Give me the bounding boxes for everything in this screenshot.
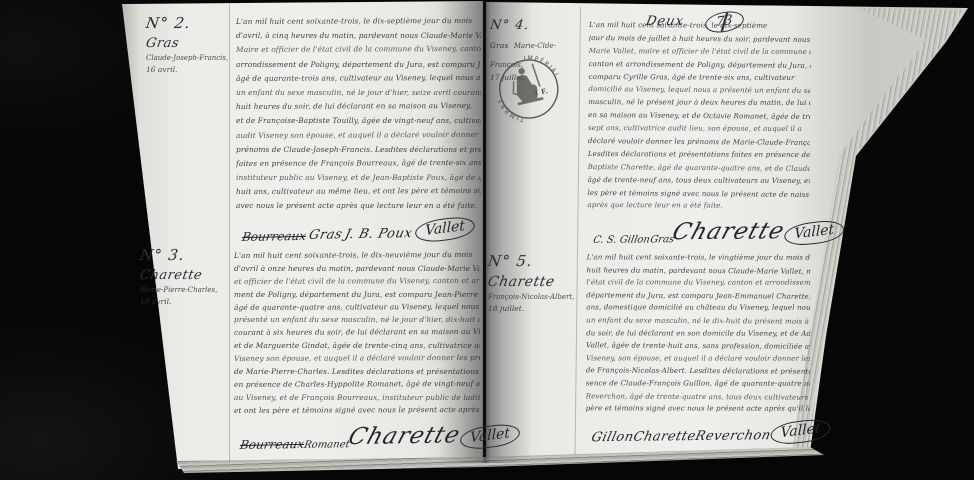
entry-date: 18 juillet. bbox=[488, 304, 578, 313]
entry-date: 16 avril. bbox=[146, 65, 232, 74]
manuscript-line: au Viseney, et de François Bourreaux, in… bbox=[234, 392, 480, 405]
manuscript-line: père et témoins signé avec nous le prése… bbox=[586, 402, 810, 415]
signature: Bourreaux bbox=[239, 436, 305, 451]
manuscript-line: âgé de quarante-trois ans, cultivateur a… bbox=[236, 71, 481, 86]
signature: C. S. Gillon bbox=[592, 235, 651, 247]
margin-entry-n3: N° 3. Charette Marie-Pierre-Charles, 18 … bbox=[140, 246, 232, 306]
manuscript-line: sence de Claude-François Guillon, âgé de… bbox=[586, 377, 810, 390]
manuscript-line: avec nous le présent acte après que lect… bbox=[236, 199, 481, 213]
signature: Gras bbox=[307, 227, 344, 243]
act-text: L'an mil huit cent soixante-trois, le di… bbox=[236, 15, 481, 214]
manuscript-line: âgé de quarante-quatre ans, cultivateur … bbox=[234, 300, 480, 314]
manuscript-line: et de Françoise-Baptiste Touilly, âgée d… bbox=[236, 114, 481, 128]
manuscript-line: ment de Poligny, département du Jura, es… bbox=[234, 289, 480, 302]
manuscript-line: après que lecture leur en a été faite. bbox=[587, 199, 809, 213]
manuscript-line: et officier de l'état civil de la commun… bbox=[234, 275, 480, 289]
manuscript-line: prénoms de Claude-Joseph-Francis. Lesdit… bbox=[236, 143, 481, 157]
manuscript-line: L'an mil huit cent soixante-trois, le di… bbox=[236, 14, 481, 29]
entry-surname: Gras bbox=[145, 36, 234, 51]
signature: J. B. Poux bbox=[343, 226, 414, 242]
manuscript-line: en présence de Charles-Hyppolite Romanet… bbox=[234, 378, 480, 392]
manuscript-line: et ont les père et témoins signé avec no… bbox=[234, 404, 480, 418]
signature: Charette bbox=[345, 422, 464, 450]
manuscript-line: de Marie-Pierre-Charles. Lesdites déclar… bbox=[234, 366, 480, 379]
signature-row: BourreauxGrasJ. B. PouxVallet bbox=[236, 217, 481, 243]
margin-entry-n5: N° 5. Charette François-Nicolas-Albert, … bbox=[488, 252, 578, 313]
manuscript-line: comparu Cyrille Gras, âgé de trente-six … bbox=[588, 71, 810, 85]
signature-row: C. S. GillonGrasCharetteVallet bbox=[587, 218, 809, 246]
manuscript-line: Vallet, âgée de trente-huit ans, sans pr… bbox=[586, 339, 810, 353]
act-text: L'an mil huit cent soixante-trois, le di… bbox=[234, 250, 480, 418]
manuscript-line: âgé de trente-neuf ans, tous deux cultiv… bbox=[588, 174, 810, 188]
act-text: L'an mil huit cent soixante-trois, le di… bbox=[587, 19, 811, 214]
signature: Gillon bbox=[590, 429, 636, 445]
manuscript-line: sept ans, cultivatrice audit lieu, son é… bbox=[588, 122, 810, 136]
entry-surname: Charette bbox=[487, 274, 580, 290]
manuscript-line: du soir, de lui déclarant en son domicil… bbox=[586, 327, 810, 340]
manuscript-line: arrondissement de Poligny, département d… bbox=[236, 58, 481, 72]
margin-entry-n2: N° 2. Gras Claude-Joseph-Francis, 16 avr… bbox=[146, 14, 232, 74]
act-n2-birth-record: L'an mil huit cent soixante-trois, le di… bbox=[236, 15, 481, 242]
manuscript-line: masculin, né le présent jour à deux heur… bbox=[588, 96, 810, 110]
manuscript-line: un enfant du sexe masculin, né le jour d… bbox=[236, 86, 481, 100]
act-text: L'an mil huit cent soixante-trois, le vi… bbox=[586, 251, 811, 416]
entry-surname: Charette bbox=[139, 268, 234, 283]
act-n5-birth-record: L'an mil huit cent soixante-trois, le vi… bbox=[585, 251, 810, 444]
manuscript-line: Maire et officier de l'état civil de la … bbox=[236, 42, 481, 57]
manuscript-line: huit ans, cultivateur au même lieu, et o… bbox=[236, 184, 481, 199]
manuscript-line: d'avril à onze heures du matin, pardevan… bbox=[234, 263, 480, 276]
entry-number: N° 5. bbox=[487, 252, 580, 270]
manuscript-line: courant à six heures du soir, de lui déc… bbox=[234, 326, 480, 340]
entry-number: N° 4. bbox=[489, 18, 579, 33]
manuscript-line: L'an mil huit cent soixante-trois, le di… bbox=[589, 19, 811, 33]
signature: Reverchon bbox=[694, 428, 773, 444]
manuscript-line: L'an mil huit cent soixante-trois, le vi… bbox=[587, 251, 811, 264]
act-n3-birth-record: L'an mil huit cent soixante-trois, le di… bbox=[234, 250, 480, 450]
signature: Charette bbox=[632, 429, 698, 445]
manuscript-line: Viseney, son épouse, et auquel il a décl… bbox=[586, 352, 810, 365]
signature-row: BourreauxRomanetCharetteVallet bbox=[234, 421, 480, 451]
registry-book-scan: N° 2. Gras Claude-Joseph-Francis, 16 avr… bbox=[0, 0, 974, 480]
manuscript-line: huit heures du soir, de lui déclarant en… bbox=[236, 99, 481, 114]
stamp-value: 1 F. bbox=[533, 86, 549, 98]
entry-date: 18 avril. bbox=[140, 297, 232, 306]
entry-given-names: Claude-Joseph-Francis, bbox=[146, 54, 232, 63]
manuscript-line: faites en présence de François Bourreaux… bbox=[236, 156, 481, 171]
signature: Romanet bbox=[303, 439, 351, 451]
entry-given-names: François-Nicolas-Albert, bbox=[488, 293, 578, 302]
signature-row: GillonCharetteReverchonVallet bbox=[585, 420, 809, 445]
entry-number: N° 3. bbox=[139, 246, 234, 264]
stamp-figure-icon bbox=[508, 63, 544, 106]
entry-number: N° 2. bbox=[145, 14, 234, 32]
manuscript-line: Marie Vallet, maire et officier de l'éta… bbox=[589, 45, 811, 59]
signature: Vallet bbox=[415, 214, 475, 244]
manuscript-line: Viseney son épouse, et auquel il a décla… bbox=[234, 352, 480, 366]
signature: Bourreaux bbox=[241, 229, 307, 244]
signature: Charette bbox=[669, 219, 788, 246]
manuscript-line: Lesdites déclarations et présentations f… bbox=[588, 148, 810, 162]
manuscript-line: l'état civil de la commune du Viseney, c… bbox=[586, 277, 810, 290]
entry-surname: Gras bbox=[490, 42, 509, 50]
act-n4-birth-record: L'an mil huit cent soixante-trois, le di… bbox=[587, 19, 811, 246]
entry-given-names: Marie-Pierre-Charles, bbox=[140, 286, 232, 295]
manuscript-line: audit Viseney son épouse, et auquel il a… bbox=[236, 127, 481, 142]
signature: Vallet bbox=[771, 417, 831, 446]
manuscript-line: L'an mil huit cent soixante-trois, le di… bbox=[234, 249, 480, 263]
manuscript-line: ans, domestique domicilié au château du … bbox=[586, 302, 810, 315]
manuscript-line: un enfant du sexe masculin, né le dix-hu… bbox=[586, 314, 810, 328]
